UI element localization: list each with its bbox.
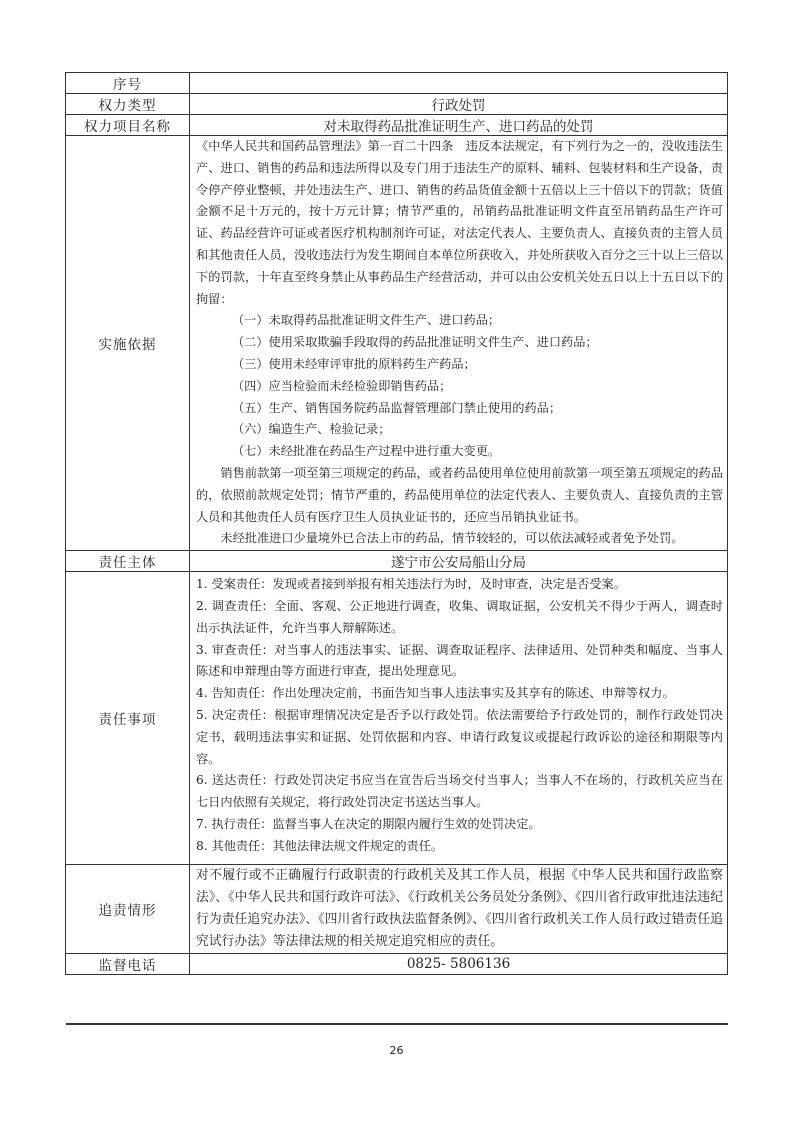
power-item-label: 权力项目名称 (66, 115, 190, 136)
basis-item: （七）未经批准在药品生产过程中进行重大变更。 (196, 441, 723, 463)
row-basis: 实施依据 《中华人民共和国药品管理法》第一百二十四条 违反本法规定，有下列行为之… (66, 136, 728, 551)
power-type-label: 权力类型 (66, 94, 190, 115)
duty-item: 1. 受案责任：发现或者接到举报有相关违法行为时，及时审查，决定是否受案。 (196, 574, 723, 596)
basis-item: （二）使用采取欺骗手段取得的药品批准证明文件生产、进口药品； (196, 332, 723, 354)
basis-label: 实施依据 (66, 136, 190, 551)
basis-paragraph-3: 未经批准进口少量境外已合法上市的药品，情节较轻的，可以依法减轻或者免予处罚。 (196, 528, 723, 550)
basis-item: （三）使用未经审评审批的原料药生产药品； (196, 354, 723, 376)
basis-item: （五）生产、销售国务院药品监督管理部门禁止使用的药品； (196, 398, 723, 420)
basis-item: （一）未取得药品批准证明文件生产、进口药品； (196, 310, 723, 332)
phone-label: 监督电话 (66, 953, 190, 974)
duty-item: 2. 调查责任：全面、客观、公正地进行调查，收集、调取证据，公安机关不得少于两人… (196, 596, 723, 640)
basis-intro: 《中华人民共和国药品管理法》第一百二十四条 违反本法规定，有下列行为之一的，没收… (196, 136, 723, 310)
power-item-table: 序号 权力类型 行政处罚 权力项目名称 对未取得药品批准证明生产、进口药品的处罚… (65, 72, 728, 975)
duty-item: 6. 送达责任：行政处罚决定书应当在宣告后当场交付当事人；当事人不在场的，行政机… (196, 770, 723, 814)
duties-label: 责任事项 (66, 572, 190, 864)
power-type-value: 行政处罚 (190, 94, 728, 115)
basis-item: （四）应当检验而未经检验即销售药品； (196, 376, 723, 398)
basis-value: 《中华人民共和国药品管理法》第一百二十四条 违反本法规定，有下列行为之一的，没收… (190, 136, 728, 551)
duty-item: 3. 审查责任：对当事人的违法事实、证据、调查取证程序、法律适用、处罚种类和幅度… (196, 640, 723, 684)
duties-value: 1. 受案责任：发现或者接到举报有相关违法行为时，及时审查，决定是否受案。 2.… (190, 572, 728, 864)
phone-value: 0825- 5806136 (190, 953, 728, 974)
subject-label: 责任主体 (66, 551, 190, 572)
serial-label: 序号 (66, 73, 190, 94)
basis-item: （六）编造生产、检验记录； (196, 419, 723, 441)
duty-item: 4. 告知责任：作出处理决定前，书面告知当事人违法事实及其享有的陈述、申辩等权力… (196, 683, 723, 705)
serial-value (190, 73, 728, 94)
row-power-item: 权力项目名称 对未取得药品批准证明生产、进口药品的处罚 (66, 115, 728, 136)
footer-divider (66, 1023, 728, 1025)
row-power-type: 权力类型 行政处罚 (66, 94, 728, 115)
subject-value: 遂宁市公安局船山分局 (190, 551, 728, 572)
row-phone: 监督电话 0825- 5806136 (66, 953, 728, 974)
power-item-value: 对未取得药品批准证明生产、进口药品的处罚 (190, 115, 728, 136)
accountability-label: 追责情形 (66, 864, 190, 953)
accountability-text: 对不履行或不正确履行行政职责的行政机关及其工作人员，根据《中华人民共和国行政监察… (196, 865, 723, 953)
row-serial: 序号 (66, 73, 728, 94)
duty-item: 8. 其他责任：其他法律法规文件规定的责任。 (196, 836, 723, 858)
row-subject: 责任主体 遂宁市公安局船山分局 (66, 551, 728, 572)
row-accountability: 追责情形 对不履行或不正确履行行政职责的行政机关及其工作人员，根据《中华人民共和… (66, 864, 728, 953)
page-number: 26 (0, 1044, 793, 1057)
basis-paragraph-2: 销售前款第一项至第三项规定的药品，或者药品使用单位使用前款第一项至第五项规定的药… (196, 463, 723, 528)
row-duties: 责任事项 1. 受案责任：发现或者接到举报有相关违法行为时，及时审查，决定是否受… (66, 572, 728, 864)
accountability-value: 对不履行或不正确履行行政职责的行政机关及其工作人员，根据《中华人民共和国行政监察… (190, 864, 728, 953)
duty-item: 7. 执行责任：监督当事人在决定的期限内履行生效的处罚决定。 (196, 814, 723, 836)
duty-item: 5. 决定责任：根据审理情况决定是否予以行政处罚。依法需要给予行政处罚的，制作行… (196, 705, 723, 770)
